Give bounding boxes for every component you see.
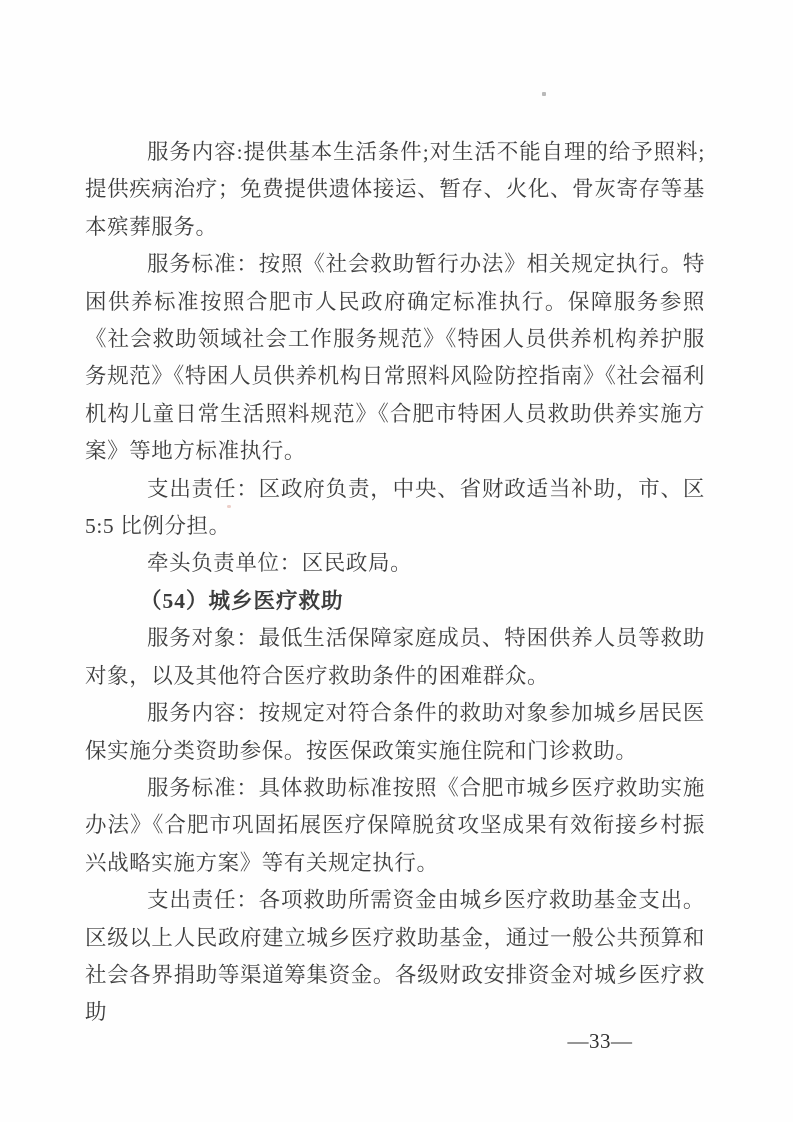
paragraph-expenditure-responsibility-1: 支出责任：区政府负责，中央、省财政适当补助，市、区5:5 比例分担。: [85, 471, 705, 546]
paragraph-service-standard-1: 服务标准：按照《社会救助暂行办法》相关规定执行。特困供养标准按照合肥市人民政府确…: [85, 246, 705, 470]
section-heading-54: （54）城乡医疗救助: [85, 583, 705, 620]
paragraph-service-target: 服务对象：最低生活保障家庭成员、特困供养人员等救助对象，以及其他符合医疗救助条件…: [85, 620, 705, 695]
paragraph-lead-unit: 牵头负责单位：区民政局。: [85, 545, 705, 582]
page-number: —33—: [540, 1029, 660, 1054]
paragraph-expenditure-responsibility-2: 支出责任：各项救助所需资金由城乡医疗救助基金支出。区级以上人民政府建立城乡医疗救…: [85, 882, 705, 1032]
document-page: 服务内容:提供基本生活条件;对生活不能自理的给予照料;提供疾病治疗；免费提供遗体…: [0, 0, 793, 1122]
scan-speck: [542, 92, 546, 96]
paragraph-service-content-1: 服务内容:提供基本生活条件;对生活不能自理的给予照料;提供疾病治疗；免费提供遗体…: [85, 134, 705, 246]
document-body: 服务内容:提供基本生活条件;对生活不能自理的给予照料;提供疾病治疗；免费提供遗体…: [85, 134, 705, 1032]
paragraph-service-content-2: 服务内容：按规定对符合条件的救助对象参加城乡居民医保实施分类资助参保。按医保政策…: [85, 695, 705, 770]
paragraph-service-standard-2: 服务标准：具体救助标准按照《合肥市城乡医疗救助实施办法》《合肥市巩固拓展医疗保障…: [85, 770, 705, 882]
